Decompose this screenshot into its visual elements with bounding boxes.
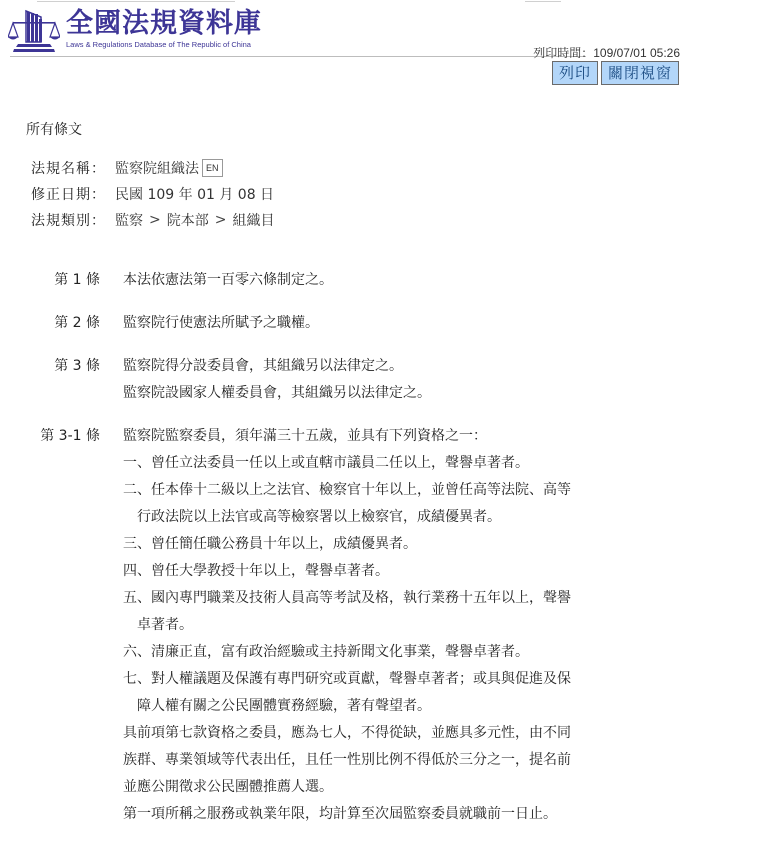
category-level-2: 院本部: [167, 210, 209, 230]
article-number[interactable]: 第 3 條: [0, 353, 123, 407]
article-3: 第 3 條 監察院得分設委員會，其組織另以法律定之。 監察院設國家人權委員會，其…: [0, 353, 776, 407]
category-level-3: 組織目: [232, 210, 274, 230]
action-toolbar: 列印 關閉視窗: [552, 61, 679, 85]
article-line: 監察院得分設委員會，其組織另以法律定之。: [123, 353, 613, 380]
article-number[interactable]: 第 3-1 條: [0, 423, 123, 828]
article-line: 監察院監察委員，須年滿三十五歲，並具有下列資格之一：: [123, 423, 613, 450]
article-line: 五、國內專門職業及技術人員高等考試及格，執行業務十五年以上，聲譽: [123, 585, 613, 612]
category-label: 法規類別：: [31, 210, 115, 230]
amend-date-row: 修正日期： 民國 109 年 01 月 08 日: [31, 181, 274, 207]
amend-date-value: 民國 109 年 01 月 08 日: [115, 184, 274, 204]
print-timestamp: 列印時間：109/07/01 05:26: [533, 44, 680, 61]
scales-of-justice-book-icon: [8, 9, 60, 55]
law-name-value: 監察院組織法: [115, 158, 199, 178]
section-title: 所有條文: [26, 119, 82, 139]
article-line: 三、曾任簡任職公務員十年以上，成績優異者。: [123, 531, 613, 558]
site-title: 全國法規資料庫: [66, 9, 262, 39]
article-line: 卓著者。: [123, 612, 613, 639]
article-text: 監察院行使憲法所賦予之職權。: [123, 310, 613, 337]
article-line: 族群、專業領域等代表出任，且任一性別比例不得低於三分之一，提名前: [123, 747, 613, 774]
category-row: 法規類別： 監察 > 院本部 > 組織目: [31, 207, 274, 233]
article-list: 第 1 條 本法依憲法第一百零六條制定之。 第 2 條 監察院行使憲法所賦予之職…: [0, 267, 776, 828]
category-level-1: 監察: [115, 210, 143, 230]
article-line: 監察院行使憲法所賦予之職權。: [123, 310, 613, 337]
article-line: 行政法院以上法官或高等檢察署以上檢察官，成績優異者。: [123, 504, 613, 531]
article-line: 具前項第七款資格之委員，應為七人，不得從缺，並應具多元性，由不同: [123, 720, 613, 747]
article-line: 一、曾任立法委員一任以上或直轄市議員二任以上，聲譽卓著者。: [123, 450, 613, 477]
english-version-link[interactable]: EN: [202, 159, 223, 177]
top-divider-right: [525, 1, 561, 2]
article-line: 監察院設國家人權委員會，其組織另以法律定之。: [123, 380, 613, 407]
article-line: 四、曾任大學教授十年以上，聲譽卓著者。: [123, 558, 613, 585]
print-button[interactable]: 列印: [552, 61, 598, 85]
article-line: 障人權有關之公民團體實務經驗，著有聲望者。: [123, 693, 613, 720]
article-number[interactable]: 第 2 條: [0, 310, 123, 337]
article-text: 監察院得分設委員會，其組織另以法律定之。 監察院設國家人權委員會，其組織另以法律…: [123, 353, 613, 407]
article-3-1: 第 3-1 條 監察院監察委員，須年滿三十五歲，並具有下列資格之一： 一、曾任立…: [0, 423, 776, 828]
breadcrumb-separator: >: [215, 212, 227, 228]
article-2: 第 2 條 監察院行使憲法所賦予之職權。: [0, 310, 776, 337]
site-logo[interactable]: 全國法規資料庫 Laws & Regulations Database of T…: [8, 9, 262, 55]
article-line: 本法依憲法第一百零六條制定之。: [123, 267, 613, 294]
article-line: 二、任本俸十二級以上之法官、檢察官十年以上，並曾任高等法院、高等: [123, 477, 613, 504]
law-name-row: 法規名稱： 監察院組織法 EN: [31, 155, 274, 181]
article-line: 七、對人權議題及保護有專門研究或貢獻，聲譽卓著者；或具與促進及保: [123, 666, 613, 693]
article-number[interactable]: 第 1 條: [0, 267, 123, 294]
site-subtitle: Laws & Regulations Database of The Repub…: [66, 40, 262, 50]
header-divider: [10, 56, 586, 57]
law-name-label: 法規名稱：: [31, 158, 115, 178]
top-divider-left: [37, 1, 235, 2]
article-1: 第 1 條 本法依憲法第一百零六條制定之。: [0, 267, 776, 294]
category-breadcrumb: 監察 > 院本部 > 組織目: [115, 210, 274, 230]
article-line: 並應公開徵求公民團體推薦人選。: [123, 774, 613, 801]
article-line: 第一項所稱之服務或執業年限，均計算至次屆監察委員就職前一日止。: [123, 801, 613, 828]
amend-date-label: 修正日期：: [31, 184, 115, 204]
article-text: 監察院監察委員，須年滿三十五歲，並具有下列資格之一： 一、曾任立法委員一任以上或…: [123, 423, 613, 828]
law-metadata: 法規名稱： 監察院組織法 EN 修正日期： 民國 109 年 01 月 08 日…: [31, 155, 274, 233]
article-text: 本法依憲法第一百零六條制定之。: [123, 267, 613, 294]
article-line: 六、清廉正直，富有政治經驗或主持新聞文化事業，聲譽卓著者。: [123, 639, 613, 666]
breadcrumb-separator: >: [149, 212, 161, 228]
close-window-button[interactable]: 關閉視窗: [601, 61, 679, 85]
